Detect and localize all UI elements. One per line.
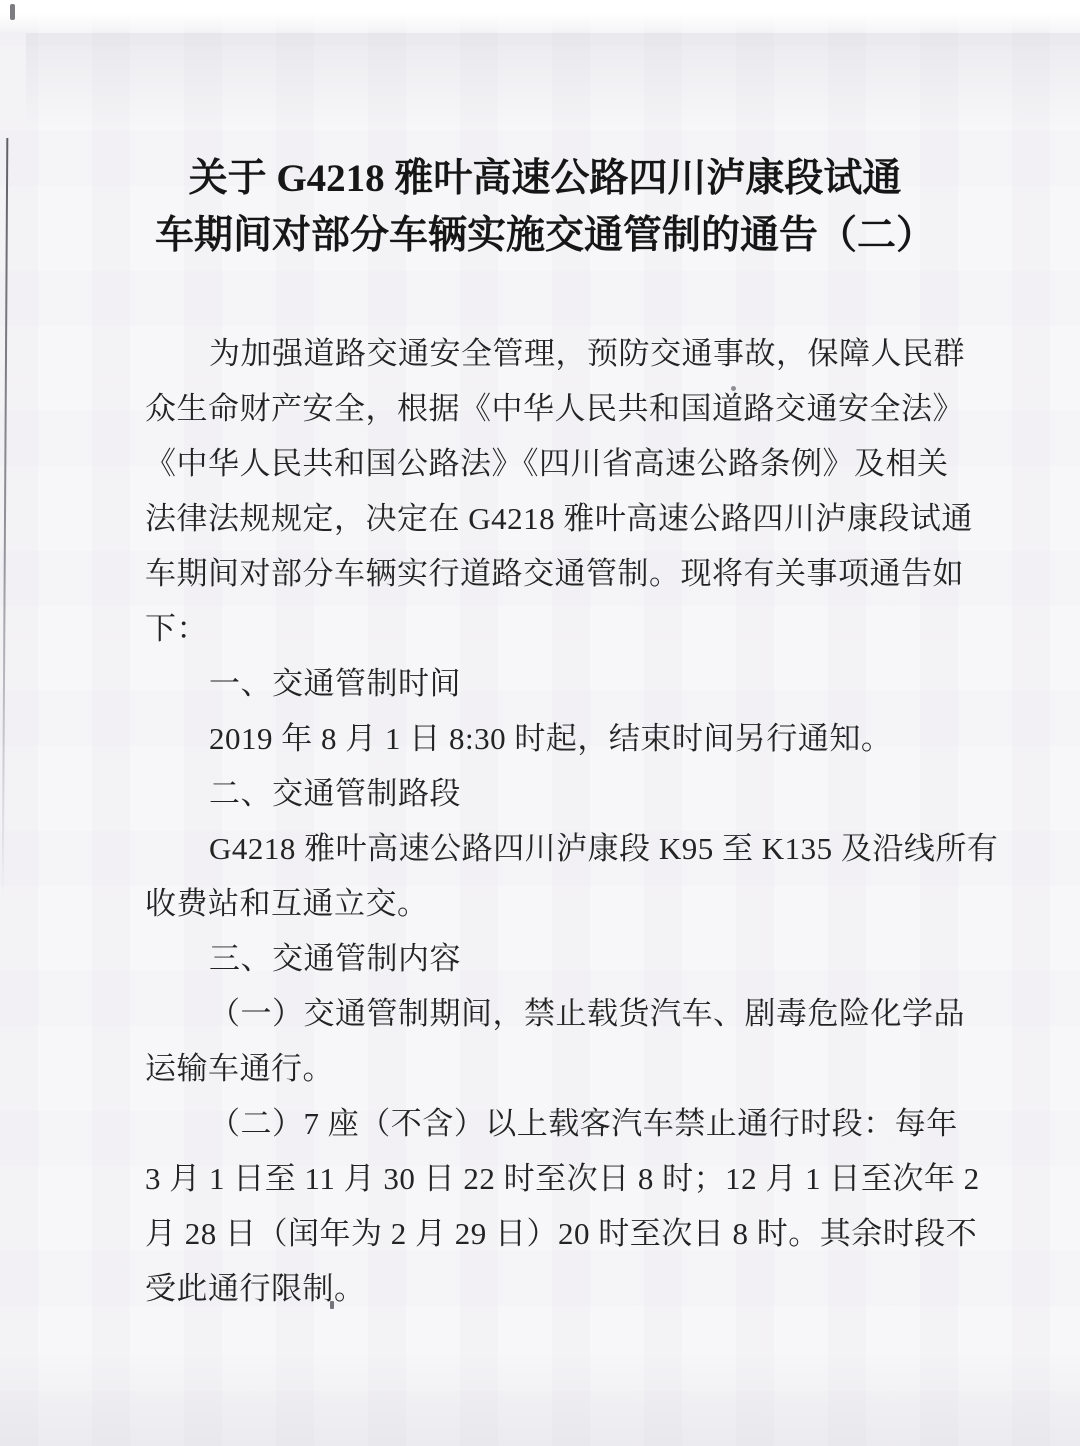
scan-corner-mark bbox=[10, 4, 15, 20]
notice-content: 关于 G4218 雅叶高速公路四川泸康段试通 车期间对部分车辆实施交通管制的通告… bbox=[145, 0, 945, 1316]
scanned-notice-page: 关于 G4218 雅叶高速公路四川泸康段试通 车期间对部分车辆实施交通管制的通告… bbox=[0, 0, 1080, 1446]
notice-text-line: 受此通行限制。 bbox=[145, 1261, 945, 1316]
notice-text-line: 三、交通管制内容 bbox=[145, 931, 945, 986]
scan-shade-bottom bbox=[0, 1351, 1080, 1446]
notice-text-line: 3 月 1 日至 11 月 30 日 22 时至次日 8 时；12 月 1 日至… bbox=[145, 1151, 945, 1206]
notice-text-line: 收费站和互通立交。 bbox=[145, 876, 945, 931]
notice-text-line: 2019 年 8 月 1 日 8:30 时起，结束时间另行通知。 bbox=[145, 711, 945, 766]
notice-text-line: 众生命财产安全，根据《中华人民共和国道路交通安全法》 bbox=[145, 381, 945, 436]
notice-text-line: 月 28 日（闰年为 2 月 29 日）20 时至次日 8 时。其余时段不 bbox=[145, 1206, 945, 1261]
notice-text-line: （二）7 座（不含）以上载客汽车禁止通行时段：每年 bbox=[145, 1096, 945, 1151]
notice-title: 关于 G4218 雅叶高速公路四川泸康段试通 车期间对部分车辆实施交通管制的通告… bbox=[145, 150, 945, 264]
notice-text-line: 二、交通管制路段 bbox=[145, 766, 945, 821]
notice-body: 为加强道路交通安全管理，预防交通事故，保障人民群众生命财产安全，根据《中华人民共… bbox=[145, 326, 945, 1316]
notice-title-line-1: 关于 G4218 雅叶高速公路四川泸康段试通 bbox=[145, 150, 945, 207]
notice-text-line: 法律法规规定，决定在 G4218 雅叶高速公路四川泸康段试通 bbox=[145, 491, 945, 546]
notice-text-line: 下： bbox=[145, 601, 945, 656]
notice-text-line: 《中华人民共和国公路法》《四川省高速公路条例》及相关 bbox=[145, 436, 945, 491]
notice-text-line: 一、交通管制时间 bbox=[145, 656, 945, 711]
notice-text-line: 车期间对部分车辆实行道路交通管制。现将有关事项通告如 bbox=[145, 546, 945, 601]
notice-text-line: 为加强道路交通安全管理，预防交通事故，保障人民群 bbox=[145, 326, 945, 381]
notice-text-line: 运输车通行。 bbox=[145, 1041, 945, 1096]
scan-page-edge-line bbox=[2, 138, 9, 898]
notice-text-line: （一）交通管制期间，禁止载货汽车、剧毒危险化学品 bbox=[145, 986, 945, 1041]
notice-text-line: G4218 雅叶高速公路四川泸康段 K95 至 K135 及沿线所有 bbox=[145, 821, 945, 876]
notice-title-line-2: 车期间对部分车辆实施交通管制的通告（二） bbox=[145, 207, 945, 264]
